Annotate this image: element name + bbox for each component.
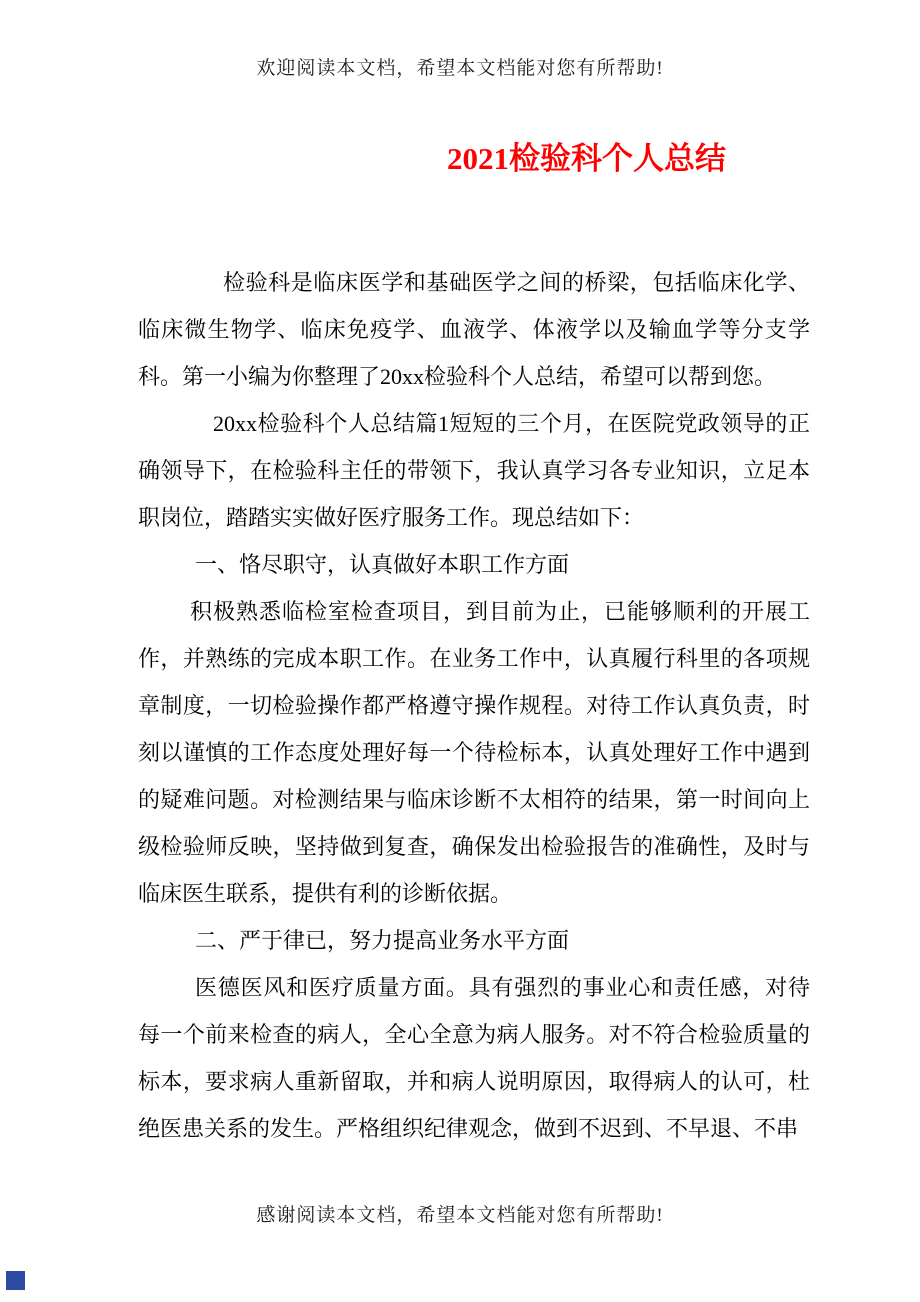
paragraph-intro: 检验科是临床医学和基础医学之间的桥梁，包括临床化学、临床微生物学、临床免疫学、血…	[138, 259, 810, 400]
footer-note: 感谢阅读本文档，希望本文档能对您有所帮助!	[0, 1202, 920, 1230]
document-body: 检验科是临床医学和基础医学之间的桥梁，包括临床化学、临床微生物学、临床免疫学、血…	[138, 259, 810, 1152]
document-title: 2021检验科个人总结	[447, 139, 726, 179]
paragraph-section-2: 医德医风和医疗质量方面。具有强烈的事业心和责任感，对待每一个前来检查的病人，全心…	[138, 964, 810, 1152]
paragraph-opening: 20xx检验科个人总结篇1短短的三个月，在医院党政领导的正确领导下，在检验科主任…	[138, 400, 810, 541]
header-note: 欢迎阅读本文档，希望本文档能对您有所帮助!	[0, 55, 920, 83]
blue-corner-square	[6, 1271, 25, 1290]
section-heading-2: 二、严于律已，努力提高业务水平方面	[138, 917, 810, 964]
paragraph-section-1: 积极熟悉临检室检查项目，到目前为止，已能够顺利的开展工作，并熟练的完成本职工作。…	[138, 588, 810, 917]
section-heading-1: 一、恪尽职守，认真做好本职工作方面	[138, 541, 810, 588]
